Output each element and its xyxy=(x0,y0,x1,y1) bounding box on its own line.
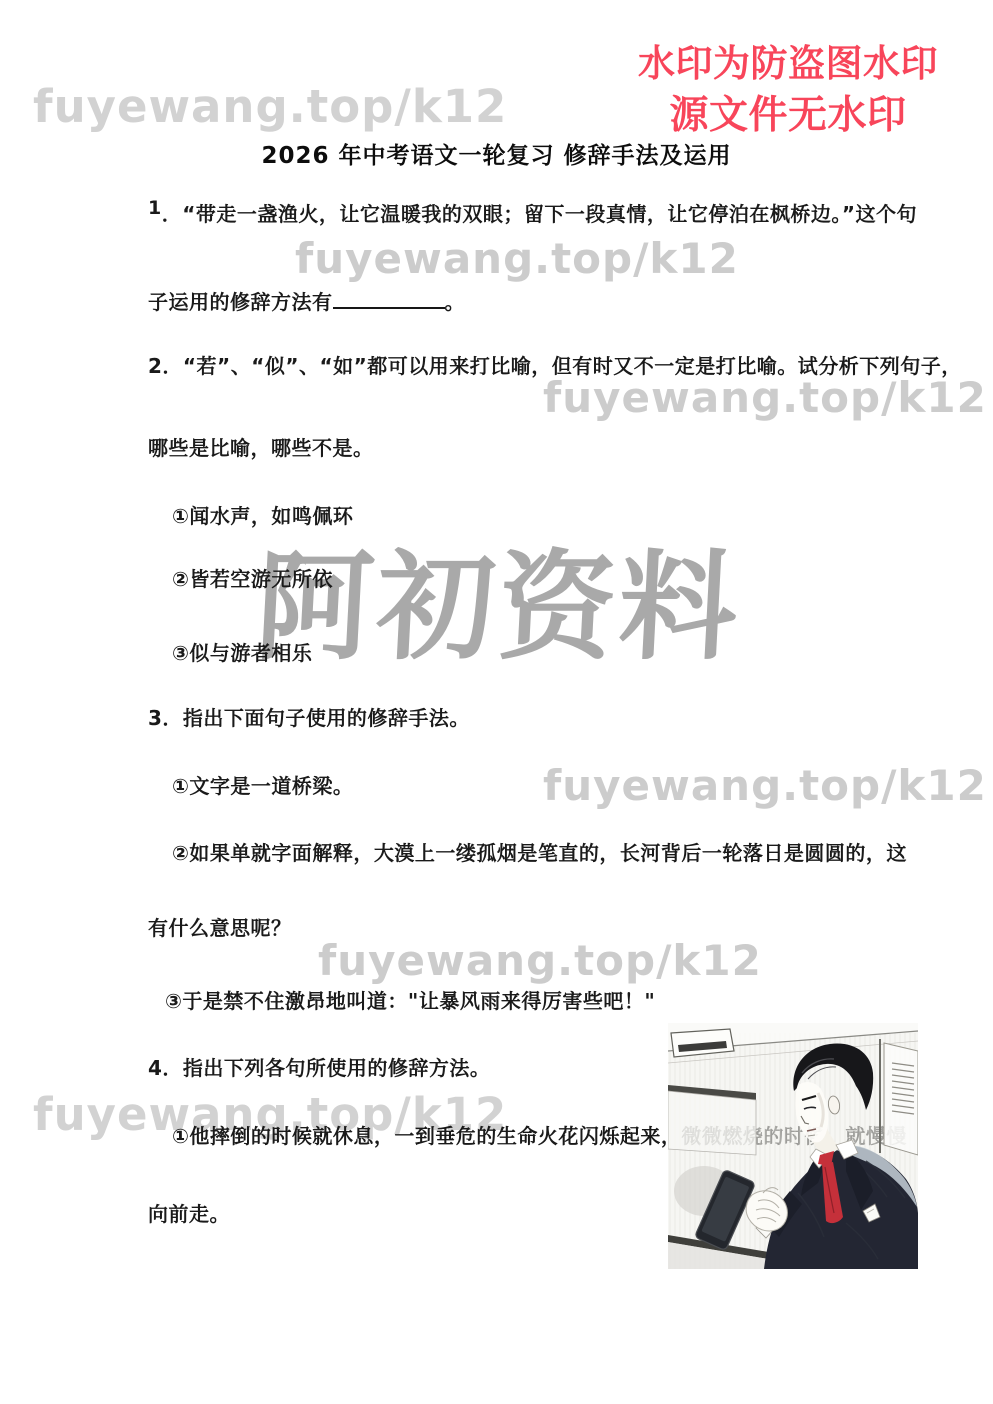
question-2-line-1: 2．“若”、“似”、“如”都可以用来打比喻，但有时又不一定是打比喻。试分析下列句… xyxy=(148,352,962,380)
anti-theft-notice: 水印为防盗图水印 源文件无水印 xyxy=(633,38,943,143)
site-watermark: fuyewang.top/k12 xyxy=(543,377,987,419)
question-3-item-3: ③于是禁不住激昂地叫道："让暴风雨来得厉害些吧！" xyxy=(165,987,655,1015)
question-2-item-2: ②皆若空游无所依 xyxy=(172,565,333,593)
question-3-header: 3．指出下面句子使用的修辞手法。 xyxy=(148,704,470,732)
question-3-item-1: ①文字是一道桥梁。 xyxy=(172,772,353,800)
question-4-header: 4．指出下列各句所使用的修辞方法。 xyxy=(148,1054,490,1082)
question-2-item-1: ①闻水声，如鸣佩环 xyxy=(172,502,353,530)
door-vent xyxy=(880,1039,918,1155)
worksheet-page: fuyewang.top/k12 fuyewang.top/k12 fuyewa… xyxy=(0,0,993,1404)
question-1-line-2: 子运用的修辞方法有。 xyxy=(148,288,465,316)
question-3-item-2-line-2: 有什么意思呢？ xyxy=(148,914,292,942)
question-3-item-2-line-1: ②如果单就字面解释，大漠上一缕孤烟是笔直的，长河背后一轮落日是圆圆的，这 xyxy=(172,839,907,867)
notice-line-1: 水印为防盗图水印 xyxy=(633,38,943,89)
question-1-number: 1 xyxy=(148,197,162,219)
question-2-line-2: 哪些是比喻，哪些不是。 xyxy=(148,434,374,462)
notice-line-2: 源文件无水印 xyxy=(633,89,943,143)
wall-panel xyxy=(668,1085,756,1155)
site-watermark: fuyewang.top/k12 xyxy=(318,940,762,982)
question-1-line-1: 1．“带走一盏渔火，让它温暖我的双眼；留下一段真情，让它停泊在枫桥边。”这个句 xyxy=(148,200,917,229)
site-watermark: fuyewang.top/k12 xyxy=(543,765,987,807)
question-2-item-3: ③似与游者相乐 xyxy=(172,639,312,667)
site-watermark: fuyewang.top/k12 xyxy=(33,84,507,129)
answer-blank xyxy=(333,289,445,309)
site-watermark: fuyewang.top/k12 xyxy=(295,238,739,280)
businessman-phone-illustration xyxy=(668,1023,918,1269)
question-4-item-1-line-2: 向前走。 xyxy=(148,1200,230,1228)
